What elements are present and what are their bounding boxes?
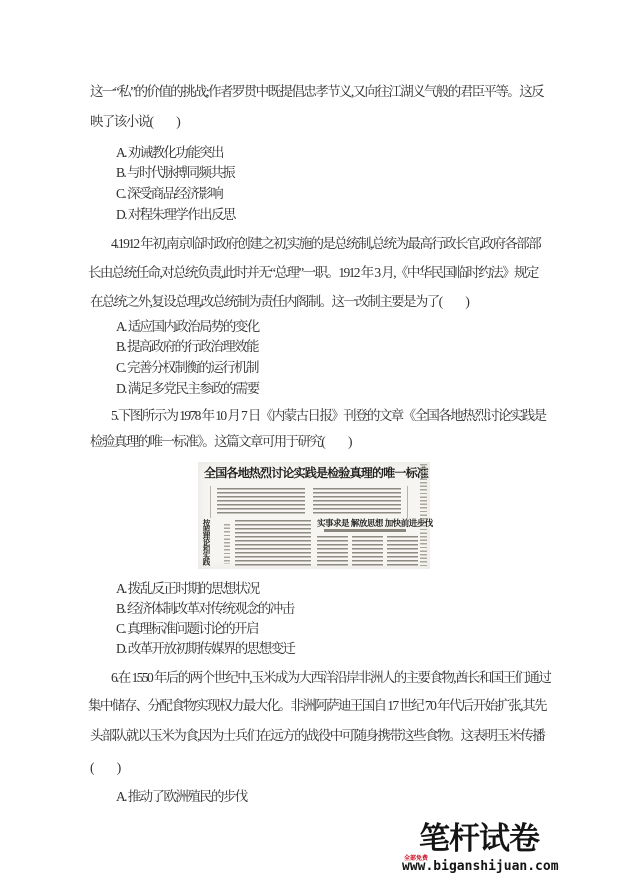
- answer-option: A. 推动了欧洲殖民的步伐: [116, 789, 247, 805]
- newspaper-text-column: [387, 536, 418, 568]
- question-4-text-line: 4.1912 年初,南京临时政府创建之初,实施的是总统制,总统为最高行政长官,政…: [111, 236, 540, 252]
- newspaper-headline: 全国各地热烈讨论实践是检验真理的唯一标准: [204, 464, 428, 481]
- question-6-text-line: 头部队就以玉米为食,因为士兵们在远方的战役中可随身携带这些食物。这表明玉米传播: [90, 728, 544, 744]
- question-4-text-line: 长由总统任命,对总统负责,此时并无“总理”一职。1912 年 3 月,《中华民国…: [88, 265, 538, 281]
- newspaper-margin-column: [420, 464, 427, 567]
- question-5-text-line: 检验真理的唯一标准》。这篇文章可用于研究( ): [90, 434, 351, 450]
- answer-option: C. 深受商品经济影响: [116, 186, 222, 202]
- newspaper-text-column: [224, 524, 230, 564]
- newspaper-subheadline: 实事求是 解放思想 加快前进步伐: [317, 517, 433, 529]
- newspaper-figure: 全国各地热烈讨论实践是检验真理的唯一标准 按照理论和实践 实事求是 解放思想 加…: [198, 462, 430, 569]
- question-3-text-line: 映了该小说( ): [90, 114, 179, 130]
- answer-option: C. 真理标准问题讨论的开启: [116, 621, 258, 637]
- newspaper-vertical-heading: 按照理论和实践: [201, 519, 212, 569]
- newspaper-byline: [324, 529, 406, 532]
- question-4-text-line: 在总统之外,复设总理,改总统制为责任内阁制。这一改制主要是为了( ): [90, 294, 468, 310]
- answer-option: A. 适应国内政治局势的变化: [116, 319, 259, 335]
- newspaper-text-column: [352, 536, 383, 568]
- answer-option: A. 拨乱反正时期的思想状况: [116, 581, 259, 597]
- brand-watermark: 笔杆试卷: [419, 822, 539, 856]
- answer-option: D. 改革开放初期传媒界的思想变迁: [116, 641, 294, 657]
- question-5-text-line: 5.下图所示为 1978 年 10 月 7 日《内蒙古日报》刊登的文章《全国各地…: [111, 408, 545, 424]
- newspaper-text-columns: [317, 536, 418, 568]
- brand-site-url: www.biganshijuan.com: [402, 859, 559, 874]
- question-3-text-line: 这一“私”的价值的挑战;作者罗贯中既提倡忠孝节义,又向往江湖义气般的君臣平等。这…: [90, 84, 543, 100]
- answer-option: A. 劝诫教化功能突出: [116, 145, 223, 161]
- answer-option: D. 满足多党民主参政的需要: [116, 381, 259, 397]
- exam-paper-page: 这一“私”的价值的挑战;作者罗贯中既提倡忠孝节义,又向往江湖义气般的君臣平等。这…: [0, 0, 625, 891]
- answer-option: C. 完善分权制衡的运行机制: [116, 360, 258, 376]
- newspaper-text-column: [317, 536, 348, 568]
- newspaper-text-column: [217, 488, 305, 516]
- question-6-text-line: 6.在 1550 年后的两个世纪中,玉米成为大西洋沿岸非洲人的主要食物,酋长和国…: [111, 670, 550, 686]
- question-6-text-line: 集中储存、分配食物实现权力最大化。非洲阿萨迪王国自 17 世纪 70 年代后开始…: [88, 698, 546, 714]
- newspaper-text-column: [235, 520, 311, 567]
- newspaper-lead-box: [210, 486, 408, 518]
- answer-option: D. 对程朱理学作出反思: [116, 207, 235, 223]
- answer-option: B. 与时代脉搏同频共振: [116, 165, 234, 181]
- newspaper-text-column: [313, 488, 401, 516]
- answer-option: B. 经济体制改革对传统观念的冲击: [116, 601, 294, 617]
- answer-option: B. 提高政府的行政治理效能: [116, 339, 258, 355]
- question-6-text-line: ( ): [90, 760, 120, 776]
